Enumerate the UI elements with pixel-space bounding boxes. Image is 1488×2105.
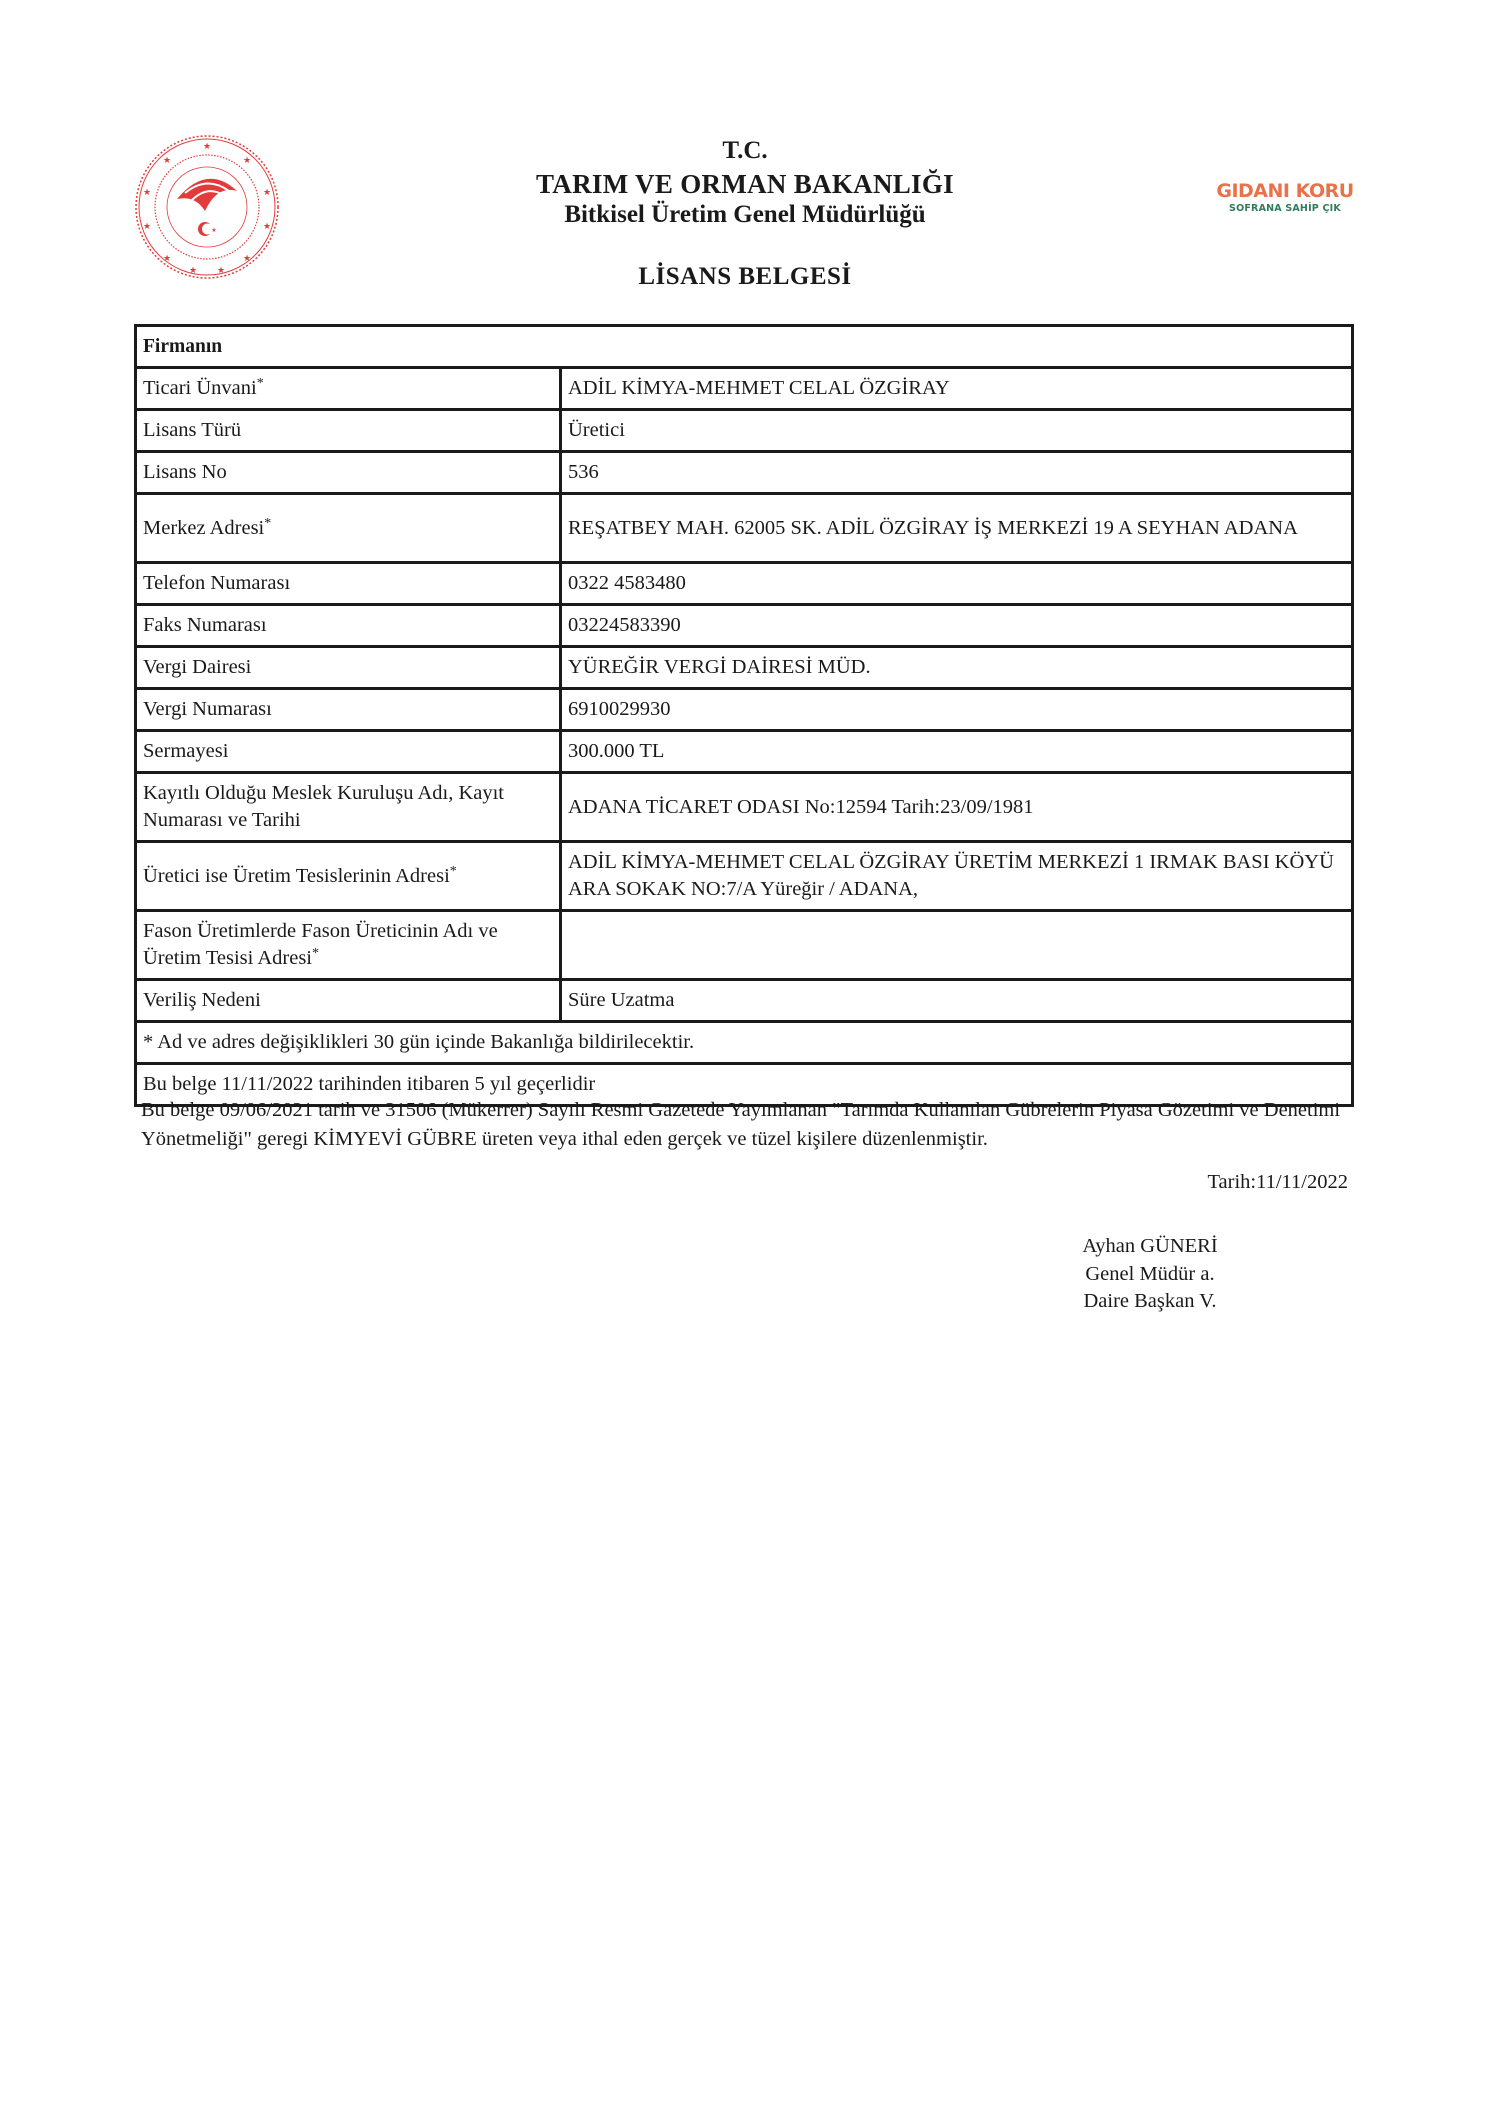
svg-text:★: ★ bbox=[243, 254, 251, 264]
row-label: Merkez Adresi* bbox=[136, 494, 561, 563]
table-row: Üretici ise Üretim Tesislerinin Adresi* … bbox=[136, 842, 1353, 911]
svg-text:★: ★ bbox=[143, 188, 151, 198]
table-row: Lisans Türü Üretici bbox=[136, 410, 1353, 452]
footnote: * Ad ve adres değişiklikleri 30 gün için… bbox=[136, 1022, 1353, 1064]
row-value: 300.000 TL bbox=[561, 731, 1353, 773]
table-section-header-row: Firmanın bbox=[136, 326, 1353, 368]
svg-text:★: ★ bbox=[163, 254, 171, 264]
brand-slogan: SOFRANA SAHİP ÇIK bbox=[1200, 202, 1370, 216]
row-value: Süre Uzatma bbox=[561, 980, 1353, 1022]
regulation-paragraph: Bu belge 09/06/2021 tarih ve 31506 (Müke… bbox=[141, 1096, 1356, 1154]
issue-date: Tarih:11/11/2022 bbox=[1100, 1168, 1348, 1196]
gidani-koru-logo: GIDANI KORU SOFRANA SAHİP ÇIK bbox=[1200, 180, 1370, 230]
table-row: Lisans No 536 bbox=[136, 452, 1353, 494]
signature-block: Ayhan GÜNERİ Genel Müdür a. Daire Başkan… bbox=[1030, 1233, 1270, 1316]
row-label: Telefon Numarası bbox=[136, 563, 561, 605]
row-label: Üretici ise Üretim Tesislerinin Adresi* bbox=[136, 842, 561, 911]
table-row: Ticari Ünvani* ADİL KİMYA-MEHMET CELAL Ö… bbox=[136, 368, 1353, 410]
row-label: Ticari Ünvani* bbox=[136, 368, 561, 410]
row-value: Üretici bbox=[561, 410, 1353, 452]
row-label: Vergi Dairesi bbox=[136, 647, 561, 689]
svg-text:★: ★ bbox=[189, 266, 197, 276]
signatory-name: Ayhan GÜNERİ bbox=[1030, 1233, 1270, 1261]
row-label: Faks Numarası bbox=[136, 605, 561, 647]
svg-text:★: ★ bbox=[217, 266, 225, 276]
license-table: Firmanın Ticari Ünvani* ADİL KİMYA-MEHME… bbox=[134, 324, 1354, 1107]
section-header: Firmanın bbox=[136, 326, 1353, 368]
table-row: Fason Üretimlerde Fason Üreticinin Adı v… bbox=[136, 911, 1353, 980]
row-value: 03224583390 bbox=[561, 605, 1353, 647]
svg-text:★: ★ bbox=[163, 156, 171, 166]
svg-text:★: ★ bbox=[143, 222, 151, 232]
row-value: YÜREĞİR VERGİ DAİRESİ MÜD. bbox=[561, 647, 1353, 689]
row-label: Kayıtlı Olduğu Meslek Kuruluşu Adı, Kayı… bbox=[136, 773, 561, 842]
row-label: Vergi Numarası bbox=[136, 689, 561, 731]
row-label: Fason Üretimlerde Fason Üreticinin Adı v… bbox=[136, 911, 561, 980]
document-title: LİSANS BELGESİ bbox=[440, 262, 1050, 292]
row-value: ADANA TİCARET ODASI No:12594 Tarih:23/09… bbox=[561, 773, 1353, 842]
svg-text:★: ★ bbox=[211, 227, 216, 234]
table-row: Kayıtlı Olduğu Meslek Kuruluşu Adı, Kayı… bbox=[136, 773, 1353, 842]
header-department: Bitkisel Üretim Genel Müdürlüğü bbox=[440, 200, 1050, 230]
ministry-seal-logo: ★ ★ ★ ★ ★ ★ ★ ★ ★ ★ ★ ★ bbox=[133, 133, 281, 281]
row-value: 536 bbox=[561, 452, 1353, 494]
row-value bbox=[561, 911, 1353, 980]
footnote-row: * Ad ve adres değişiklikleri 30 gün için… bbox=[136, 1022, 1353, 1064]
table-row: Telefon Numarası 0322 4583480 bbox=[136, 563, 1353, 605]
table-row: Vergi Dairesi YÜREĞİR VERGİ DAİRESİ MÜD. bbox=[136, 647, 1353, 689]
row-value: ADİL KİMYA-MEHMET CELAL ÖZGİRAY ÜRETİM M… bbox=[561, 842, 1353, 911]
row-label: Lisans No bbox=[136, 452, 561, 494]
ministry-seal-icon: ★ ★ ★ ★ ★ ★ ★ ★ ★ ★ ★ ★ bbox=[133, 133, 281, 281]
row-label: Sermayesi bbox=[136, 731, 561, 773]
row-value: 0322 4583480 bbox=[561, 563, 1353, 605]
row-value: REŞATBEY MAH. 62005 SK. ADİL ÖZGİRAY İŞ … bbox=[561, 494, 1353, 563]
row-value: 6910029930 bbox=[561, 689, 1353, 731]
svg-text:★: ★ bbox=[243, 156, 251, 166]
signatory-role: Daire Başkan V. bbox=[1030, 1288, 1270, 1316]
row-label: Veriliş Nedeni bbox=[136, 980, 561, 1022]
svg-text:★: ★ bbox=[263, 222, 271, 232]
header-ministry: TARIM VE ORMAN BAKANLIĞI bbox=[440, 168, 1050, 200]
table-row: Vergi Numarası 6910029930 bbox=[136, 689, 1353, 731]
svg-text:★: ★ bbox=[263, 188, 271, 198]
table-row: Merkez Adresi* REŞATBEY MAH. 62005 SK. A… bbox=[136, 494, 1353, 563]
signatory-title: Genel Müdür a. bbox=[1030, 1261, 1270, 1289]
table-row: Faks Numarası 03224583390 bbox=[136, 605, 1353, 647]
header-tc: T.C. bbox=[440, 136, 1050, 166]
table-row: Veriliş Nedeni Süre Uzatma bbox=[136, 980, 1353, 1022]
row-value: ADİL KİMYA-MEHMET CELAL ÖZGİRAY bbox=[561, 368, 1353, 410]
svg-text:★: ★ bbox=[203, 142, 211, 152]
table-row: Sermayesi 300.000 TL bbox=[136, 731, 1353, 773]
brand-name: GIDANI KORU bbox=[1200, 180, 1370, 202]
row-label: Lisans Türü bbox=[136, 410, 561, 452]
